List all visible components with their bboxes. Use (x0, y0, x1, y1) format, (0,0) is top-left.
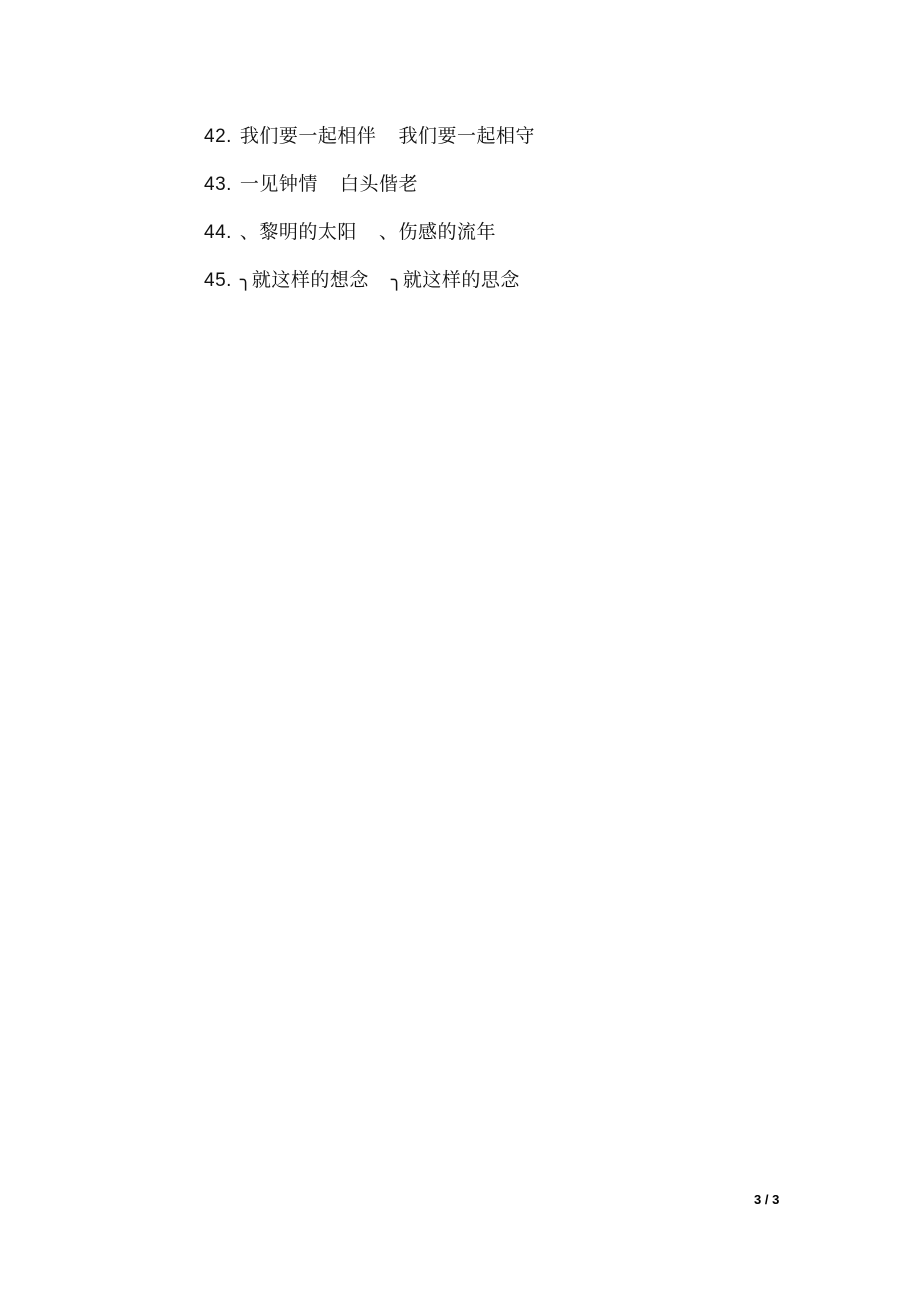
item-number: 43. (204, 172, 232, 198)
list-item: 42.我们要一起相伴我们要一起相守 (204, 123, 535, 171)
item-text-left: 我们要一起相伴 (240, 125, 377, 147)
list-item: 44.、黎明的太阳、伤感的流年 (204, 219, 535, 267)
document-page: 42.我们要一起相伴我们要一起相守 43.一见钟情白头偕老 44.、黎明的太阳、… (0, 0, 920, 1302)
document-body: 42.我们要一起相伴我们要一起相守 43.一见钟情白头偕老 44.、黎明的太阳、… (204, 123, 535, 315)
item-number: 44. (204, 220, 232, 246)
list-item: 45.╮就这样的想念╮就这样的思念 (204, 267, 535, 315)
item-text-left: 、黎明的太阳 (240, 221, 357, 243)
item-text-right: ╮就这样的思念 (391, 269, 520, 291)
item-text-right: 白头偕老 (340, 173, 418, 195)
list-item: 43.一见钟情白头偕老 (204, 171, 535, 219)
item-number: 45. (204, 268, 232, 294)
item-number: 42. (204, 124, 232, 150)
item-text-left: ╮就这样的想念 (240, 269, 369, 291)
item-text-right: 、伤感的流年 (379, 221, 496, 243)
item-text-right: 我们要一起相守 (398, 125, 535, 147)
page-number: 3 / 3 (754, 1192, 779, 1207)
item-text-left: 一见钟情 (240, 173, 318, 195)
